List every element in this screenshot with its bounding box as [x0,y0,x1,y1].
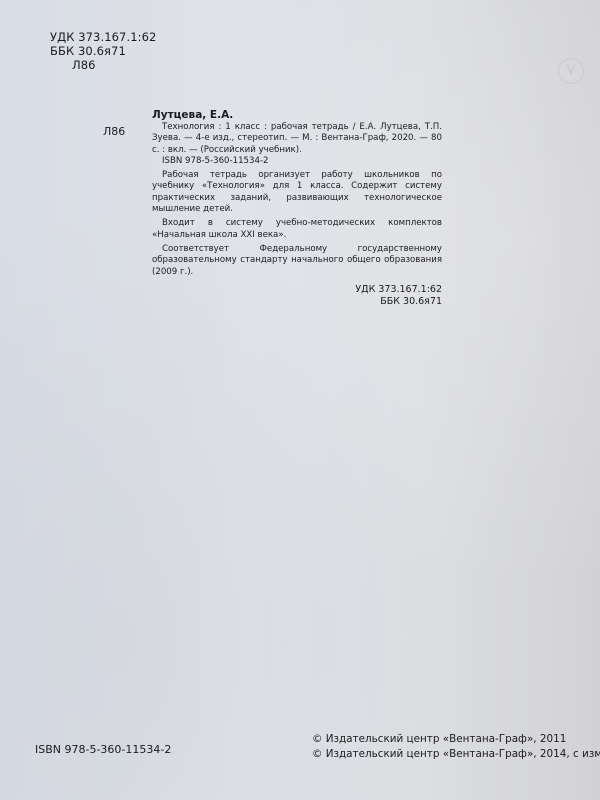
classification-codes: УДК 373.167.1:62 ББК 30.6я71 Л86 [50,30,156,72]
isbn-line: ISBN 978-5-360-11534-2 [152,156,442,167]
series-note: Входит в систему учебно-методических ком… [152,218,442,241]
book-imprint-page: УДК 373.167.1:62 ББК 30.6я71 Л86 V Л86 Л… [0,0,600,800]
udk-code: УДК 373.167.1:62 [50,30,156,44]
biblio-codes: УДК 373.167.1:62 ББК 30.6я71 [152,284,442,308]
copyright-2011: © Издательский центр «Вентана-Граф», 201… [312,732,600,747]
copyright-block: © Издательский центр «Вентана-Граф», 201… [312,732,600,761]
author-name: Лутцева, Е.А. [152,109,442,122]
annotation: Рабочая тетрадь организует работу школьн… [152,170,442,215]
bbk-code: ББК 30.6я71 [50,44,156,58]
author-mark: Л86 [50,58,156,72]
bibliographic-record: Лутцева, Е.А. Технология : 1 класс : раб… [152,109,442,308]
biblio-bbk: ББК 30.6я71 [152,296,442,308]
biblio-udk: УДК 373.167.1:62 [152,284,442,296]
watermark-logo-icon: V [558,58,584,84]
biblio-author-mark: Л86 [103,125,125,138]
isbn-bottom: ISBN 978-5-360-11534-2 [35,743,171,756]
standard-note: Соответствует Федеральному государственн… [152,244,442,278]
copyright-2014: © Издательский центр «Вентана-Граф», 201… [312,747,600,762]
title-description: Технология : 1 класс : рабочая тетрадь /… [152,122,442,156]
